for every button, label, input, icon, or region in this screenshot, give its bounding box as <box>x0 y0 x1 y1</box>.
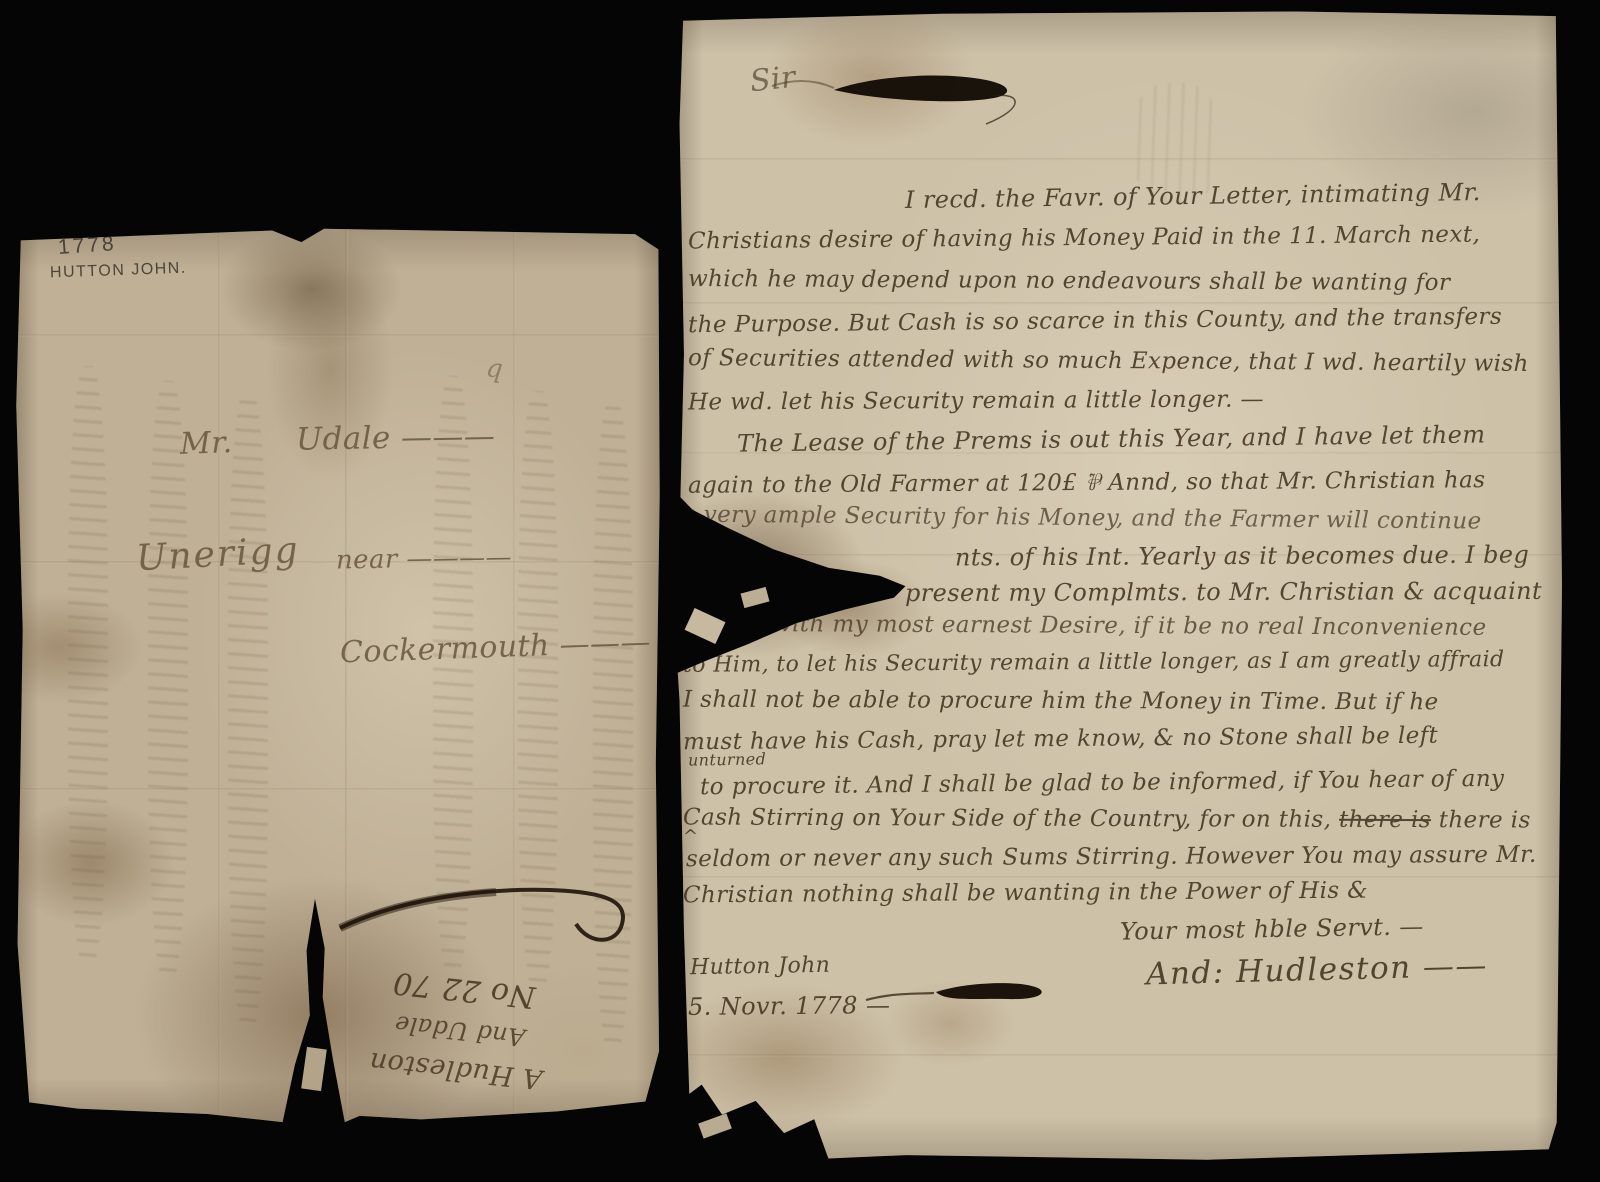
strike-line-post: there is <box>1431 807 1531 833</box>
letter-leaf: Sir I recd. the Favr. of Your Letter, in… <box>676 8 1562 1162</box>
fold-crease <box>13 334 661 337</box>
interline-insert: unturned <box>688 749 767 769</box>
address-place: Unerigg <box>135 530 301 580</box>
letter-line: present my Complmts. to Mr. Christian & … <box>905 577 1542 607</box>
letter-line-with-strike: Cash Stirring on Your Side of the Countr… <box>683 805 1531 834</box>
address-leaf-surface: 1778 HUTTON JOHN. q Mr. Udale ——— Unerig… <box>13 226 661 1123</box>
letter-line: again to the Old Farmer at 120£ ⅌ Annd, … <box>688 462 1486 500</box>
fold-crease <box>218 226 221 1123</box>
address-name: Udale ——— <box>296 418 496 457</box>
closing-line: Your most hble Servt. — <box>1120 912 1424 945</box>
place-line: Hutton John <box>690 953 831 980</box>
paper-flake <box>685 608 726 644</box>
ink-bleedthrough <box>68 366 108 966</box>
letter-line: which he may depend upon no endeavours s… <box>688 266 1450 296</box>
paper-flake <box>741 587 770 608</box>
letter-line: nts. of his Int. Yearly as it becomes du… <box>955 540 1529 571</box>
strike-line-pre: Cash Stirring on Your Side of the Countr… <box>683 805 1339 833</box>
photo-of-letter: 1778 HUTTON JOHN. q Mr. Udale ——— Unerig… <box>0 0 1600 1182</box>
fold-crease <box>13 788 661 791</box>
letter-line: He wd. let his Security remain a little … <box>688 386 1264 415</box>
address-leaf: 1778 HUTTON JOHN. q Mr. Udale ——— Unerig… <box>13 226 661 1123</box>
endorsement-block: A Hudleston And Udale No 22 70 <box>305 901 621 1101</box>
ink-bleedthrough <box>228 391 268 1031</box>
pen-mark: q <box>484 353 504 385</box>
letter-line: seldom or never any such Sums Stirring. … <box>686 842 1537 872</box>
strike-line-struck: there is <box>1339 807 1431 833</box>
ink-bleedthrough <box>148 381 188 981</box>
address-honorific: Mr. <box>179 425 233 462</box>
paper-flake <box>301 1047 327 1091</box>
letter-line: I shall not be able to procure him the M… <box>683 687 1439 716</box>
letter-line: with my most earnest Desire, if it be no… <box>772 611 1487 641</box>
archival-year-note: 1778 <box>57 232 117 260</box>
archival-name-note: HUTTON JOHN. <box>50 260 187 283</box>
date-line: 5. Novr. 1778 — <box>688 991 891 1021</box>
paper-flake <box>698 1113 732 1138</box>
address-near: near ———— <box>336 542 512 575</box>
letter-leaf-surface: Sir I recd. the Favr. of Your Letter, in… <box>676 8 1562 1162</box>
letter-line: Christian nothing shall be wanting in th… <box>683 878 1368 909</box>
